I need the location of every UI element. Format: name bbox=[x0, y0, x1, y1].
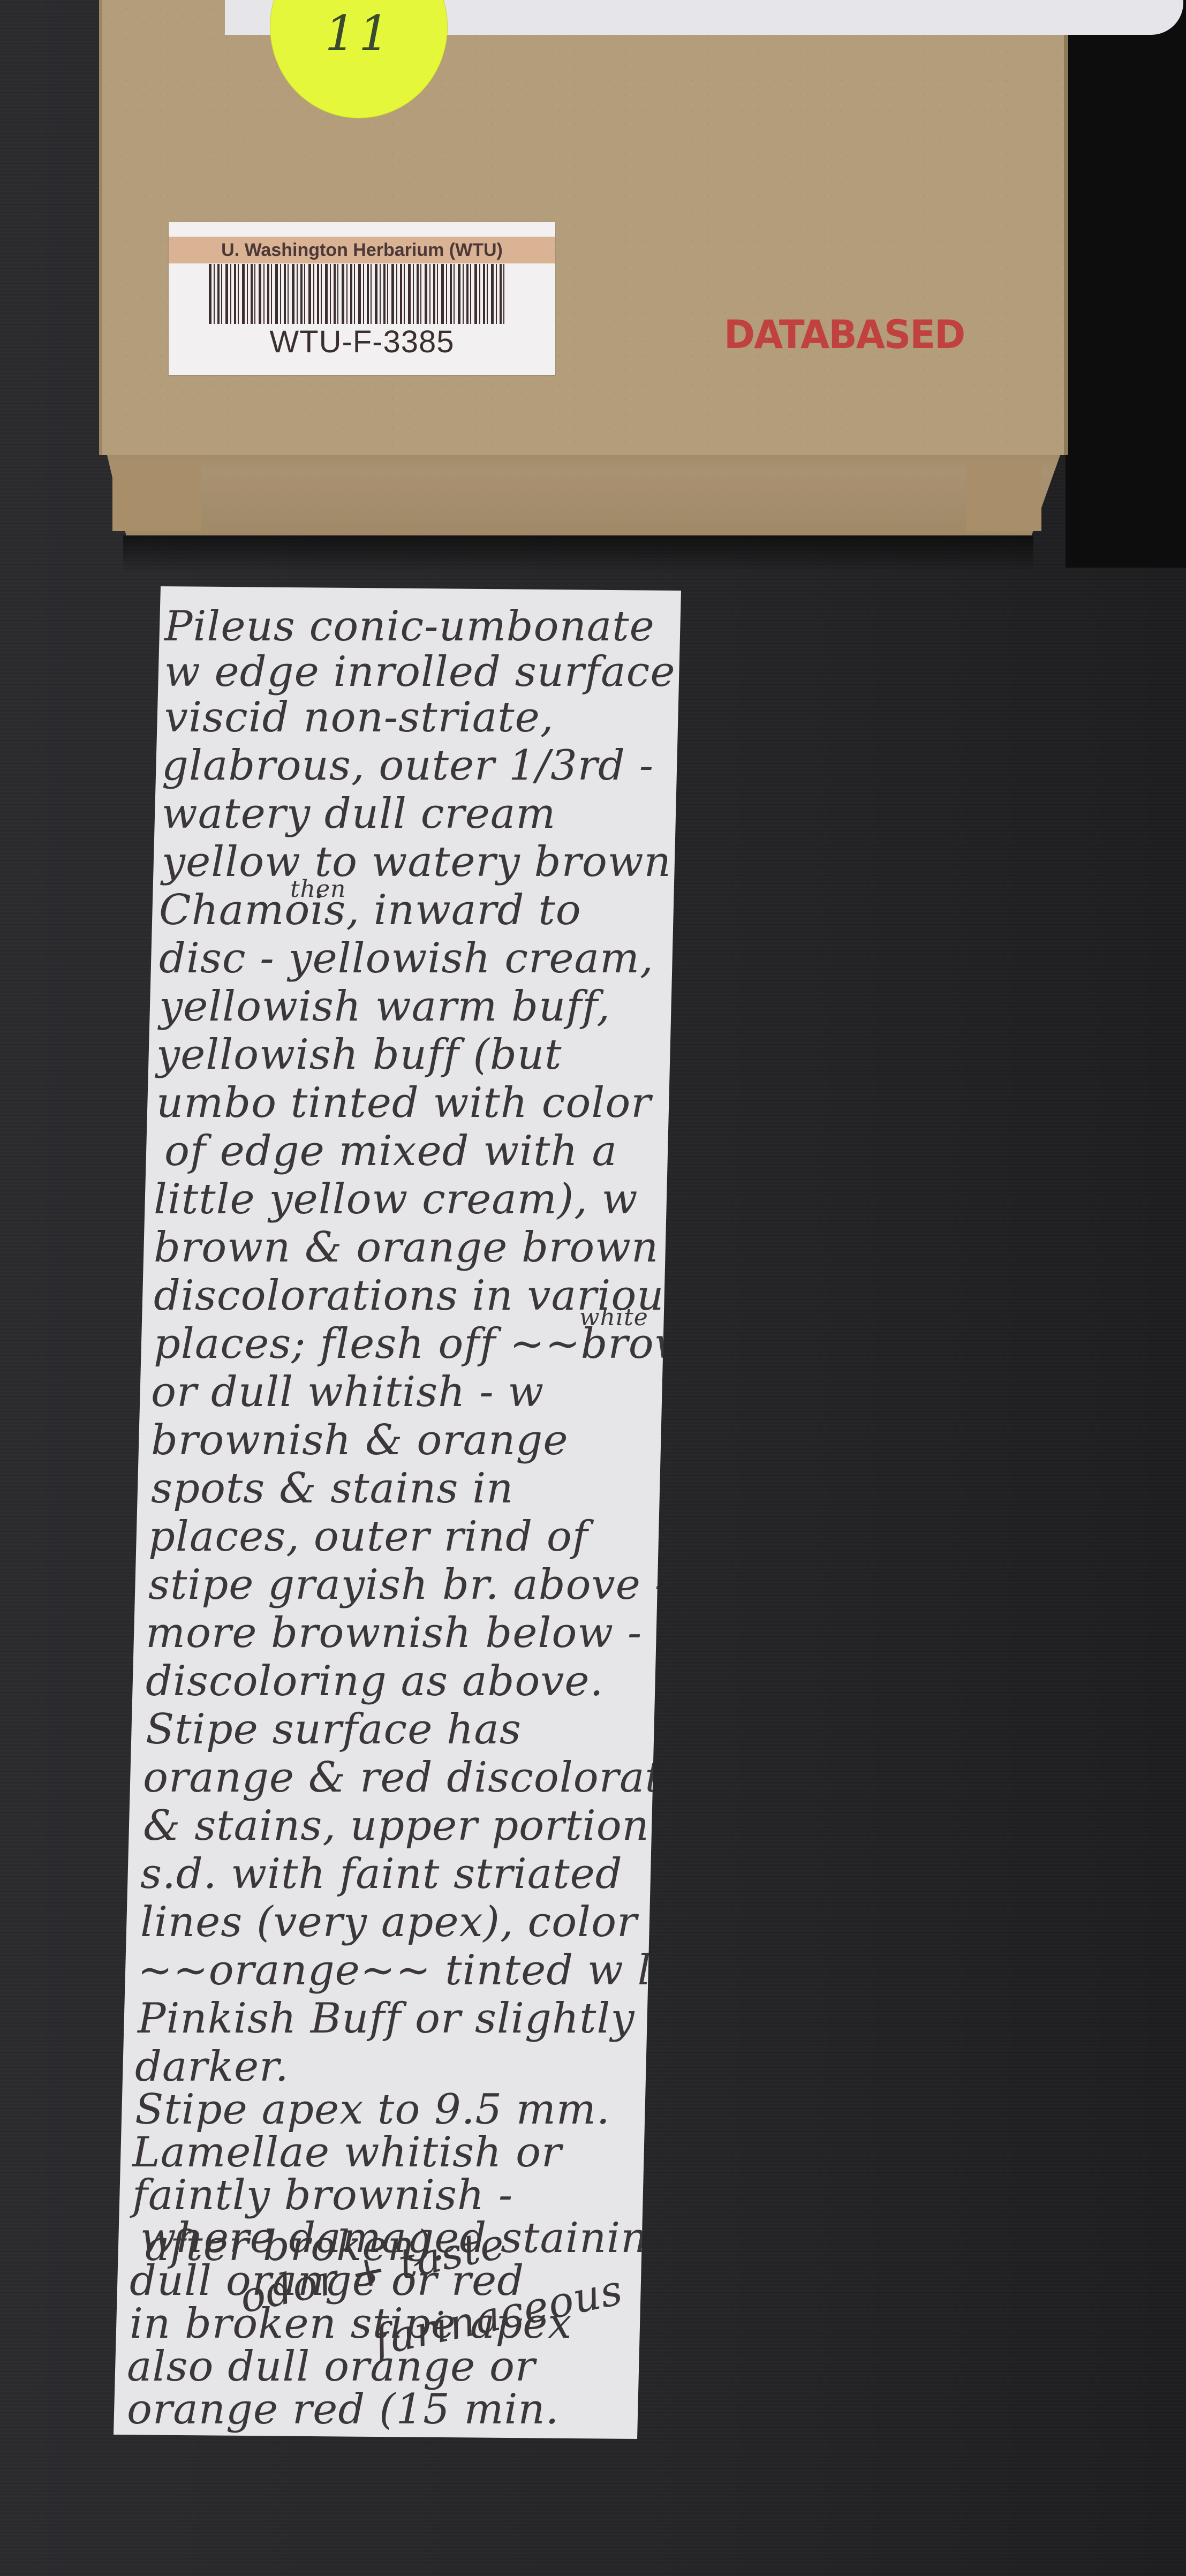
note-line: & stains, upper portion bbox=[143, 1802, 649, 1850]
note-line: umbo tinted with color bbox=[156, 1079, 652, 1127]
note-line: faintly brownish - bbox=[132, 2171, 513, 2219]
note-text: Pileus conic-umbonate w edge inrolled su… bbox=[114, 586, 681, 2439]
barcode-icon bbox=[209, 264, 506, 324]
note-line: stipe grayish br. above - bbox=[148, 1561, 669, 1609]
note-line: glabrous, outer 1/3rd - bbox=[162, 742, 654, 790]
note-line: Pileus conic-umbonate bbox=[164, 602, 655, 651]
handwritten-note: Pileus conic-umbonate w edge inrolled su… bbox=[114, 586, 681, 2439]
note-line: of edge mixed with a bbox=[164, 1127, 617, 1175]
note-line: brownish & orange bbox=[151, 1416, 568, 1464]
catalog-number: WTU-F-3385 bbox=[169, 324, 555, 360]
note-line: spots & stains in bbox=[151, 1464, 513, 1513]
note-line: watery dull cream bbox=[162, 790, 556, 838]
box-flap-left bbox=[112, 462, 201, 531]
note-line: lines (very apex), color - bbox=[140, 1898, 666, 1946]
note-line: yellowish buff (but bbox=[156, 1031, 562, 1079]
note-line: little yellow cream), w bbox=[154, 1175, 638, 1223]
note-line: or dull whitish - w bbox=[151, 1368, 544, 1416]
note-line: viscid non-striate, bbox=[164, 693, 554, 742]
specimen-box: 11 U. Washington Herbarium (WTU) WTU-F-3… bbox=[99, 0, 1068, 535]
box-side bbox=[107, 455, 1060, 535]
note-line: w edge inrolled surface bbox=[164, 648, 676, 696]
note-line: ~~orange~~ tinted w light bbox=[138, 1946, 737, 1995]
box-shadow bbox=[123, 535, 1033, 573]
note-line: places, outer rind of bbox=[148, 1513, 588, 1561]
note-line: Pinkish Buff or slightly bbox=[138, 1995, 635, 2043]
note-line: darker. bbox=[135, 2043, 289, 2091]
box-flap-right bbox=[966, 462, 1041, 531]
note-line: also dull orange or bbox=[127, 2343, 535, 2391]
note-line: s.d. with faint striated bbox=[140, 1850, 623, 1898]
note-line: Stipe surface has bbox=[146, 1705, 522, 1754]
note-line: Chamois, inward to bbox=[159, 886, 581, 934]
note-line: Lamellae whitish or bbox=[132, 2128, 562, 2177]
note-line: yellowish warm buff, bbox=[159, 983, 610, 1031]
databased-stamp: DATABASED bbox=[724, 312, 926, 357]
note-line: discoloring as above. bbox=[146, 1657, 603, 1705]
shadow-region bbox=[1066, 0, 1186, 568]
note-line: Stipe apex to 9.5 mm. bbox=[135, 2086, 610, 2134]
institution-name: U. Washington Herbarium (WTU) bbox=[221, 240, 503, 261]
note-line: more brownish below - bbox=[146, 1609, 642, 1657]
sticker-number: 11 bbox=[325, 5, 393, 62]
note-line: disc - yellowish cream, bbox=[159, 934, 654, 983]
note-line: brown & orange brown bbox=[154, 1223, 659, 1272]
note-line: yellow to watery brown bbox=[162, 838, 671, 886]
barcode-header: U. Washington Herbarium (WTU) bbox=[169, 237, 555, 263]
barcode-label: U. Washington Herbarium (WTU) WTU-F-3385 bbox=[169, 222, 555, 375]
note-line: orange red (15 min. bbox=[127, 2385, 559, 2434]
